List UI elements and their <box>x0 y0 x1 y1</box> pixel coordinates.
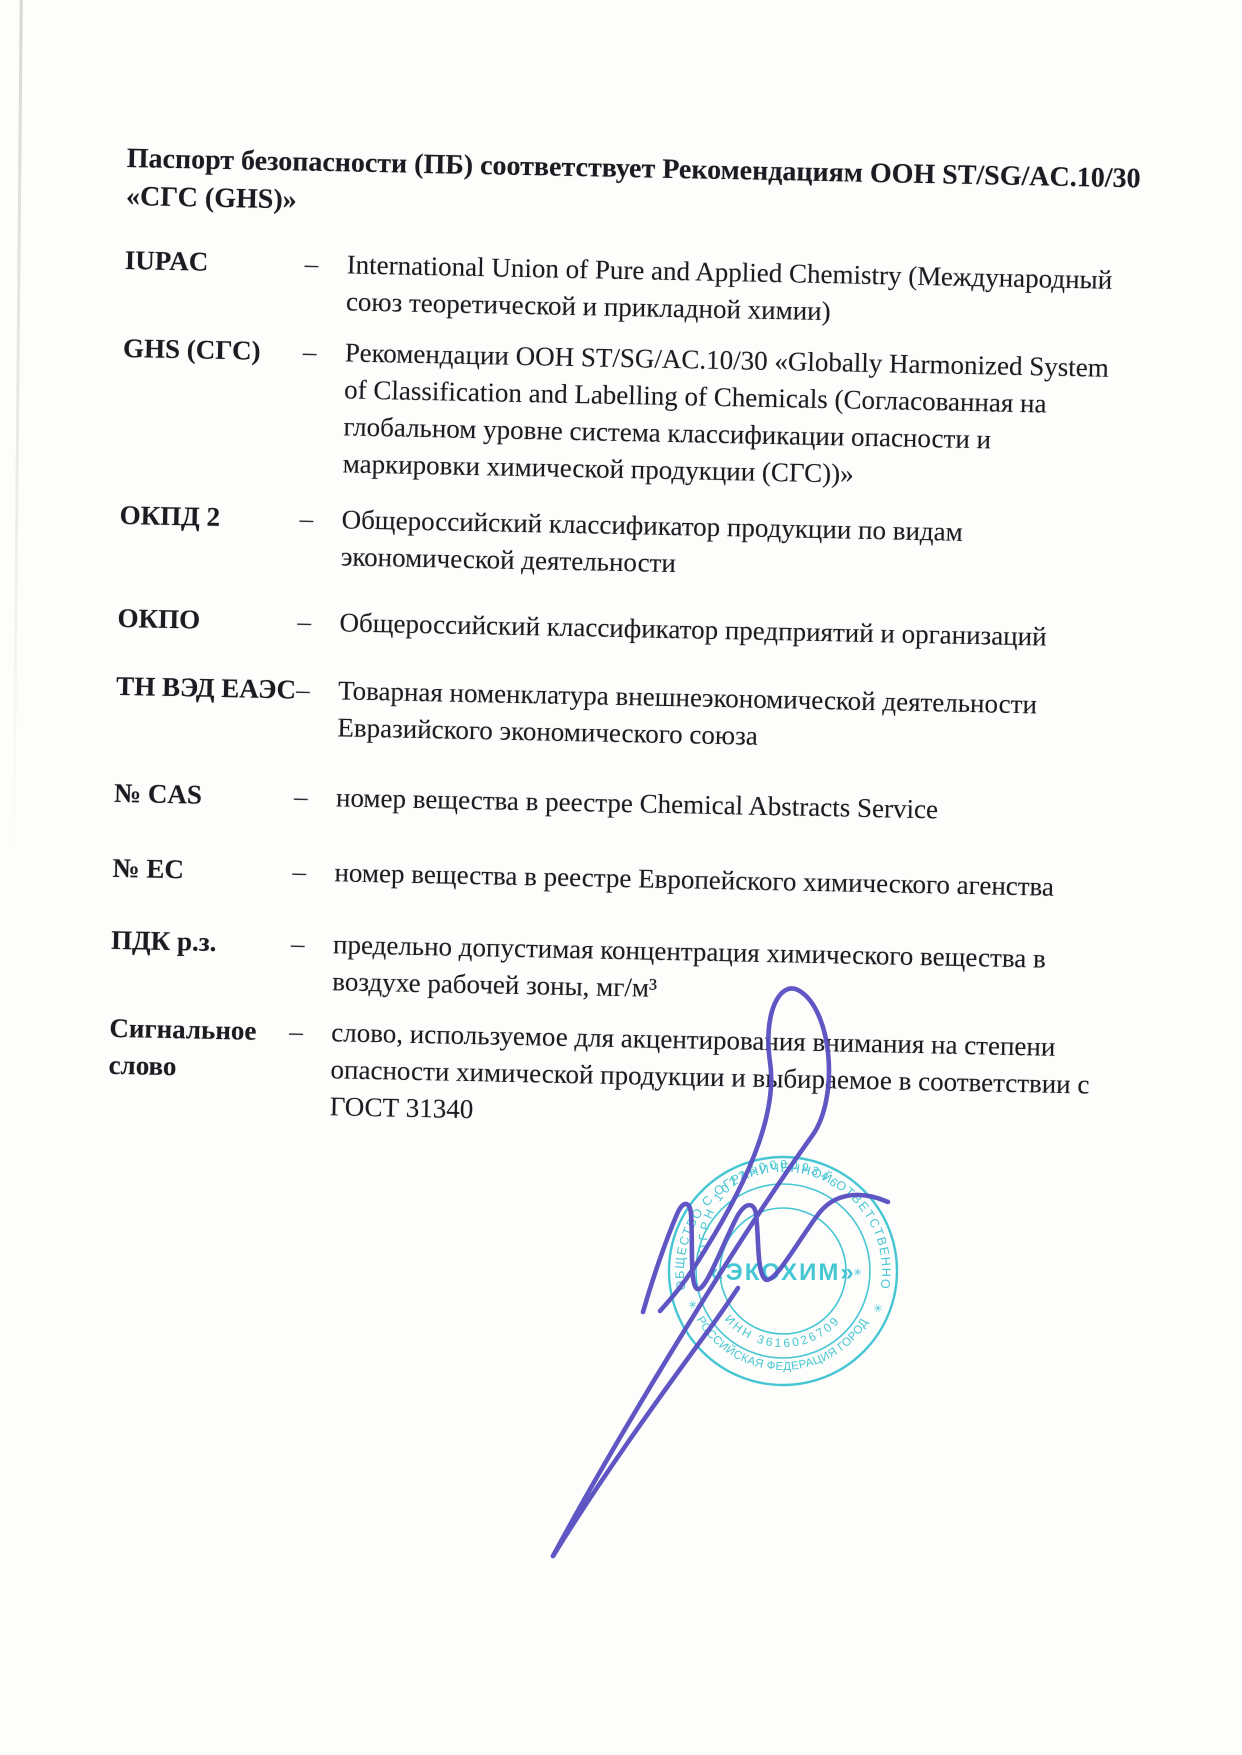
term-dash: – <box>304 246 347 321</box>
term-definition: Общероссийский классификатор продукции п… <box>341 501 1117 591</box>
term-definition: Рекомендации ООН ST/SG/AC.10/30 «Globall… <box>342 334 1120 498</box>
glossary-row-tnved: ТН ВЭД ЕАЭС – Товарная номенклатура внеш… <box>115 668 1231 764</box>
term-label: Сигнальное слово <box>108 1010 290 1125</box>
glossary-row-okpd2: ОКПД 2 – Общероссийский классификатор пр… <box>119 497 1235 593</box>
glossary-row-ec: № ЕС – номер вещества в реестре Европейс… <box>112 850 1228 909</box>
term-dash: – <box>292 853 335 891</box>
term-definition: номер вещества в реестре Chemical Abstra… <box>336 779 1112 832</box>
term-dash: – <box>297 604 340 642</box>
term-definition: Товарная номенклатура внешнеэкономическо… <box>337 672 1113 762</box>
term-definition: International Union of Pure and Applied … <box>346 246 1122 336</box>
term-label: ПДК р.з. <box>110 922 291 1000</box>
term-dash: – <box>290 925 333 1000</box>
term-dash: – <box>294 778 337 816</box>
signature-second-flourish <box>553 1288 738 1556</box>
glossary-row-okpo: ОКПО – Общероссийский классификатор пред… <box>117 600 1233 659</box>
glossary-row-iupac: IUPAC – International Union of Pure and … <box>124 242 1240 338</box>
term-label: GHS (СГС) <box>120 330 303 482</box>
term-definition: Общероссийский классификатор предприятий… <box>339 604 1115 657</box>
scanned-document-page: Паспорт безопасности (ПБ) соответствует … <box>0 0 1242 1755</box>
stamp-and-signature-overlay: ОБЩЕСТВО С ОГРАНИЧЕННОЙ ОТВЕТСТВЕННОСТЬЮ… <box>480 950 960 1600</box>
glossary-row-ghs: GHS (СГС) – Рекомендации ООН ST/SG/AC.10… <box>120 330 1238 500</box>
term-dash: – <box>295 672 338 747</box>
term-dash: – <box>299 501 342 576</box>
term-dash: – <box>287 1013 331 1125</box>
term-label: IUPAC <box>124 242 305 320</box>
stamp-outer-top-text: ОБЩЕСТВО С ОГРАНИЧЕННОЙ ОТВЕТСТВЕННОСТЬЮ <box>480 950 893 1291</box>
document-title: Паспорт безопасности (ПБ) соответствует … <box>126 140 1142 236</box>
term-label: № CAS <box>114 775 295 816</box>
term-label: № ЕС <box>112 850 293 891</box>
glossary-row-cas: № CAS – номер вещества в реестре Chemica… <box>114 775 1230 834</box>
stamp-separator-right-icon: ✳ <box>871 1302 884 1317</box>
term-label: ОКПД 2 <box>119 497 300 575</box>
stamp-ogrn-text: ОГРН 1023600009346 <box>696 1157 844 1254</box>
term-definition: номер вещества в реестре Европейского хи… <box>334 854 1110 907</box>
term-label: ТН ВЭД ЕАЭС <box>115 668 296 746</box>
term-label: ОКПО <box>117 600 298 641</box>
term-dash: – <box>300 334 345 483</box>
